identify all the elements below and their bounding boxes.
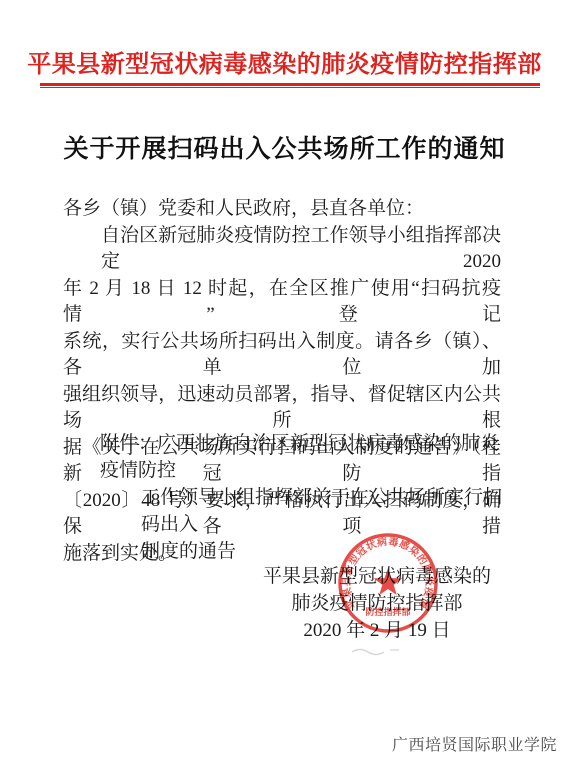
divider-thin-line [40, 87, 540, 88]
attachment-line: 制度的通告 [100, 538, 504, 565]
attachment-block: 附件：广西壮族自治区新型冠状病毒感染的肺炎疫情防控 工作领导小组指挥部关于在公共… [100, 430, 504, 565]
attachment-line: 工作领导小组指挥部关于在公共场所实行扫码出入 [100, 484, 504, 538]
scan-smudge-artifact [350, 645, 402, 657]
body-line: 系统，实行公共场所扫码出入制度。请各乡（镇）、各单位加 [63, 329, 501, 382]
salutation-line: 各乡（镇）党委和人民政府，县直各单位： [63, 196, 501, 223]
body-line: 自治区新冠肺炎疫情防控工作领导小组指挥部决定 2020 [63, 223, 501, 276]
college-watermark: 广西培贤国际职业学院 [392, 732, 557, 755]
body-line: 年 2 月 18 日 12 时起，在全区推广使用“扫码抗疫情”登记 [63, 276, 501, 329]
seal-star-icon [374, 568, 403, 595]
body-line: 强组织领导，迅速动员部署，指导、督促辖区内公共场所根 [63, 382, 501, 435]
attachment-line: 附件：广西壮族自治区新型冠状病毒感染的肺炎疫情防控 [100, 430, 504, 484]
divider-thick-line [40, 83, 540, 86]
document-page: 平果县新型冠状病毒感染的肺炎疫情防控指挥部 关于开展扫码出入公共场所工作的通知 … [0, 0, 569, 760]
official-seal-stamp: 平果县新型冠状病毒感染的肺炎疫情 防控指挥部 [336, 531, 440, 635]
seal-bottom-text: 防控指挥部 [365, 606, 410, 617]
issuing-authority-header: 平果县新型冠状病毒感染的肺炎疫情防控指挥部 [0, 50, 569, 80]
document-title: 关于开展扫码出入公共场所工作的通知 [0, 135, 569, 165]
header-divider-rule [40, 83, 540, 89]
